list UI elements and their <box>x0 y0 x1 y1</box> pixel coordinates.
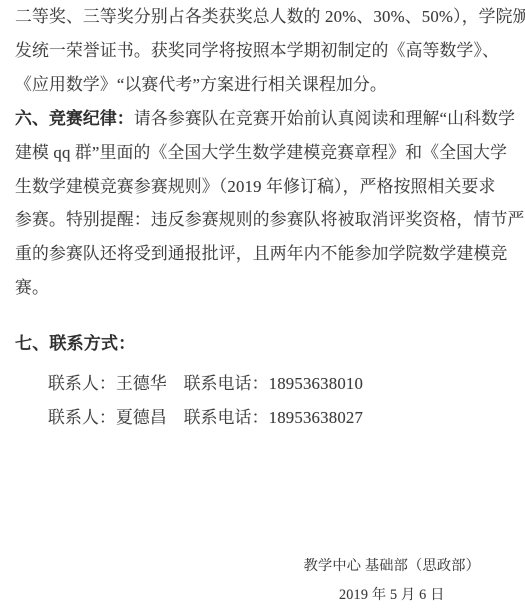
text-line: 生数学建模竞赛参赛规则》（2019 年修订稿），严格按照相关要求 <box>15 170 515 204</box>
text-line: 发统一荣誉证书。获奖同学将按照本学期初制定的《高等数学》、 <box>15 34 515 68</box>
text-line: 建模 qq 群”里面的《全国大学生数学建模竞赛章程》和《全国大学 <box>15 136 515 170</box>
section-contact: 七、联系方式： <box>15 327 515 361</box>
contact-phone: 18953638010 <box>269 374 364 393</box>
signature-department: 教学中心 基础部（思政部） <box>304 552 480 581</box>
document-page: 二等奖、三等奖分别占各类获奖总人数的 20%、30%、50%），学院颁 发统一荣… <box>0 0 525 614</box>
signature-date: 2019 年 5 月 6 日 <box>304 581 480 610</box>
paragraph-awards: 二等奖、三等奖分别占各类获奖总人数的 20%、30%、50%），学院颁 发统一荣… <box>15 0 515 101</box>
text-line: 六、竞赛纪律：请各参赛队在竞赛开始前认真阅读和理解“山科数学 <box>15 102 515 136</box>
text-line: 赛。 <box>15 271 515 305</box>
contact-phone-label: 联系电话： <box>184 408 269 427</box>
contact-phone-label: 联系电话： <box>184 374 269 393</box>
signature-block: 教学中心 基础部（思政部） 2019 年 5 月 6 日 <box>304 552 480 610</box>
contact-label: 联系人： <box>48 408 116 427</box>
text-line: 重的参赛队还将受到通报批评，且两年内不能参加学院数学建模竞 <box>15 237 515 271</box>
text-line: 二等奖、三等奖分别占各类获奖总人数的 20%、30%、50%），学院颁 <box>15 0 515 34</box>
section-contact-heading: 七、联系方式： <box>15 334 135 353</box>
contact-label: 联系人： <box>48 374 116 393</box>
contact-phone: 18953638027 <box>269 408 364 427</box>
section-discipline: 六、竞赛纪律：请各参赛队在竞赛开始前认真阅读和理解“山科数学 建模 qq 群”里… <box>15 102 515 305</box>
contact-row: 联系人：夏德昌联系电话：18953638027 <box>15 401 515 435</box>
section-discipline-heading: 六、竞赛纪律： <box>15 109 134 128</box>
section-discipline-text: 请各参赛队在竞赛开始前认真阅读和理解“山科数学 <box>134 109 515 128</box>
text-line: 七、联系方式： <box>15 327 515 361</box>
contact-name: 王德华 <box>116 374 167 393</box>
contact-row: 联系人：王德华联系电话：18953638010 <box>15 367 515 401</box>
contact-name: 夏德昌 <box>116 408 167 427</box>
text-line: 《应用数学》“以赛代考”方案进行相关课程加分。 <box>15 68 515 102</box>
text-line: 参赛。特别提醒：违反参赛规则的参赛队将被取消评奖资格，情节严 <box>15 203 515 237</box>
contact-list: 联系人：王德华联系电话：18953638010 联系人：夏德昌联系电话：1895… <box>15 367 515 435</box>
